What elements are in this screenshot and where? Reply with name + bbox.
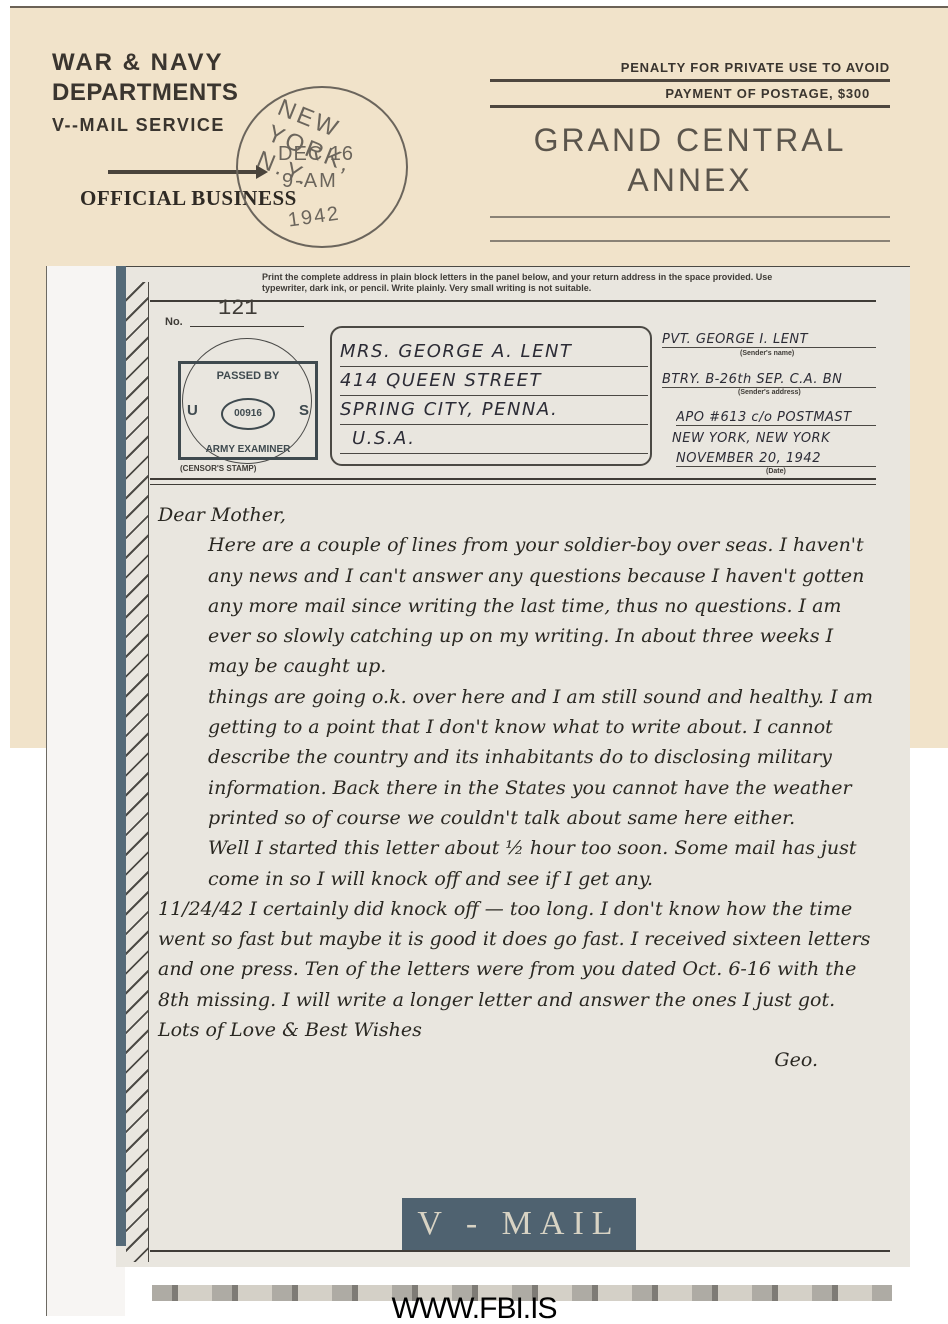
postmark-date: DEC 16 (278, 143, 354, 166)
letter-body: Dear Mother, Here are a couple of lines … (158, 500, 878, 1076)
penalty-notice: PENALTY FOR PRIVATE USE TO AVOID PAYMENT… (490, 60, 890, 112)
letter-paragraph-1: Here are a couple of lines from your sol… (158, 530, 878, 681)
censor-s: S (299, 402, 309, 419)
watermark: WWW.FBI.IS (0, 1292, 948, 1324)
header-line-1: WAR & NAVY (52, 48, 238, 78)
number-value: 121 (218, 296, 258, 321)
number-label: No. (165, 316, 183, 328)
sheet-edge (116, 266, 126, 1246)
penalty-line-2: PAYMENT OF POSTAGE, $300 (490, 86, 890, 108)
recipient-line-2: 414 QUEEN STREET (340, 369, 648, 396)
divider (490, 240, 890, 242)
sender-date: NOVEMBER 20, 1942 (676, 451, 876, 467)
sender-address-2: APO #613 c/o POSTMAST (676, 410, 876, 426)
header-line-3: V--MAIL SERVICE (52, 110, 238, 140)
recipient-line-3: SPRING CITY, PENNA. (340, 398, 648, 425)
censor-code: 00916 (221, 398, 275, 430)
letter-paragraph-4: 11/24/42 I certainly did knock off — too… (158, 894, 878, 1045)
postmark-time: 9-AM (282, 170, 338, 193)
censor-passed-by: PASSED BY (181, 370, 315, 382)
hatched-margin (126, 282, 149, 1262)
penalty-line-1: PENALTY FOR PRIVATE USE TO AVOID (490, 60, 890, 82)
postmark-stamp: NEW YORK, N.Y. DEC 16 9-AM 1942 (236, 86, 408, 248)
censor-stamp: PASSED BY U 00916 S ARMY EXAMINER (178, 361, 318, 460)
sender-address-1: BTRY. B-26th SEP. C.A. BN (662, 372, 876, 388)
letter-paragraph-2: things are going o.k. over here and I am… (158, 682, 878, 833)
vmail-label: V - MAIL (402, 1198, 636, 1250)
sender-name-caption: (Sender's name) (740, 350, 794, 357)
sheet-margin (46, 266, 125, 1316)
censor-u: U (187, 402, 198, 419)
station-line-1: GRAND CENTRAL (520, 120, 860, 160)
censor-label: (CENSOR'S STAMP) (180, 464, 256, 473)
letter-signature: Geo. (158, 1045, 878, 1075)
recipient-line-1: MRS. GEORGE A. LENT (340, 340, 648, 367)
sender-date-caption: (Date) (766, 468, 786, 475)
header-line-2: DEPARTMENTS (52, 78, 238, 108)
form-instructions: Print the complete address in plain bloc… (262, 272, 802, 294)
censor-army-examiner: ARMY EXAMINER (181, 444, 315, 455)
sender-address-caption: (Sender's address) (738, 389, 801, 396)
station-line-2: ANNEX (520, 160, 860, 200)
divider (150, 1250, 890, 1252)
sender-name: PVT. GEORGE I. LENT (662, 332, 876, 348)
letter-paragraph-3: Well I started this letter about ½ hour … (158, 833, 878, 894)
divider (150, 478, 876, 480)
envelope-header: WAR & NAVY DEPARTMENTS V--MAIL SERVICE (52, 48, 238, 140)
station-cancel: GRAND CENTRAL ANNEX (520, 120, 860, 200)
sender-address-3: NEW YORK, NEW YORK (672, 431, 876, 446)
number-underline (190, 326, 304, 327)
letter-salutation: Dear Mother, (158, 500, 878, 530)
postmark-year: 1942 (287, 202, 342, 232)
divider (490, 216, 890, 218)
recipient-line-4: U.S.A. (340, 427, 648, 454)
divider (150, 300, 876, 302)
divider (150, 484, 876, 485)
